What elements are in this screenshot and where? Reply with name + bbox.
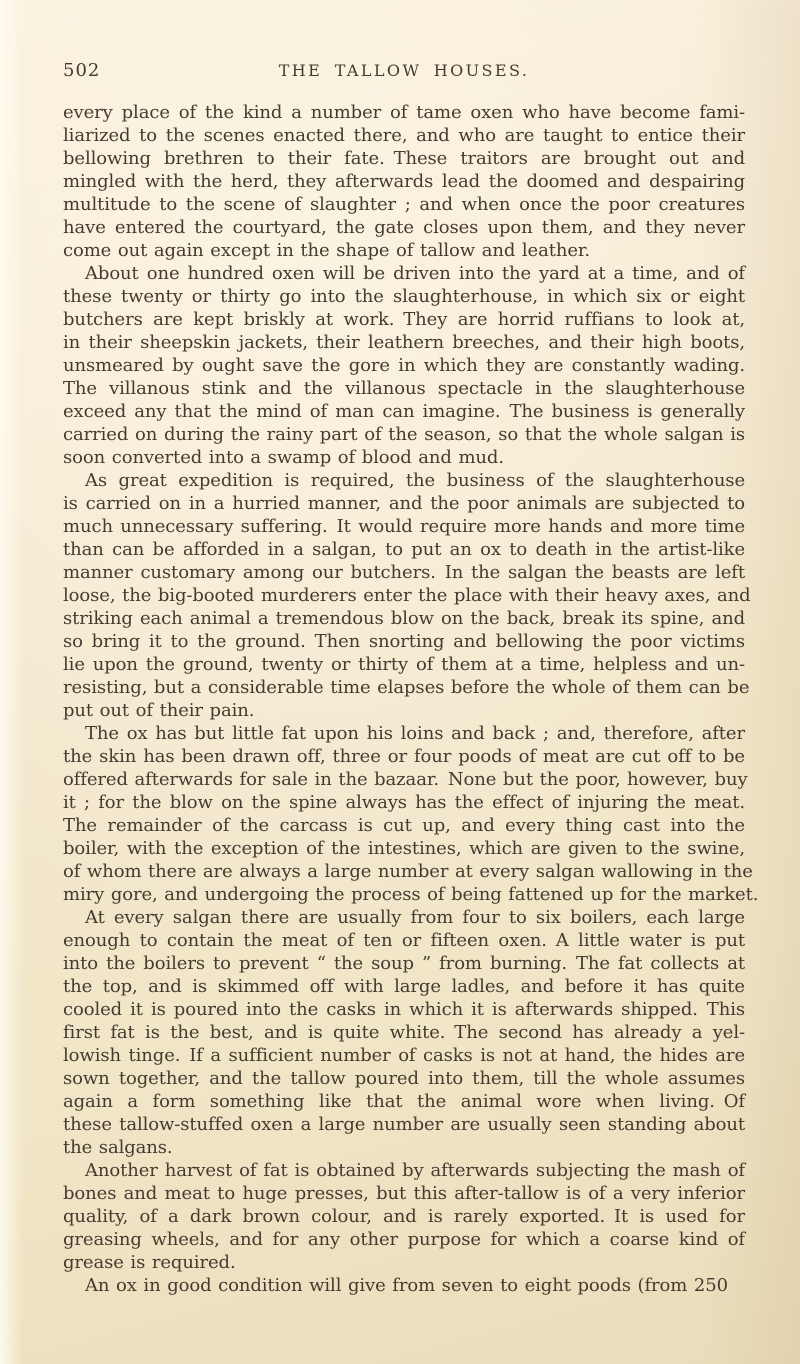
- text-line: resisting, but a considerable time elaps…: [63, 676, 745, 699]
- text-line: About one hundred oxen will be driven in…: [63, 262, 745, 285]
- text-line: multitude to the scene of slaughter ; an…: [63, 193, 745, 216]
- text-line: liarized to the scenes enacted there, an…: [63, 124, 745, 147]
- text-line: in their sheepskin jackets, their leathe…: [63, 331, 745, 354]
- text-line: greasing wheels, and for any other purpo…: [63, 1228, 745, 1251]
- text-line: carried on during the rainy part of the …: [63, 423, 745, 446]
- text-line: bellowing brethren to their fate. These …: [63, 147, 745, 170]
- text-line: the top, and is skimmed off with large l…: [63, 975, 745, 998]
- text-line: enough to contain the meat of ten or fif…: [63, 929, 745, 952]
- text-line: lie upon the ground, twenty or thirty of…: [63, 653, 745, 676]
- text-line: The remainder of the carcass is cut up, …: [63, 814, 745, 837]
- text-line: cooled it is poured into the casks in wh…: [63, 998, 745, 1021]
- book-page: 502 THE TALLOW HOUSES. every place of th…: [0, 0, 800, 1364]
- text-line: boiler, with the exception of the intest…: [63, 837, 745, 860]
- text-line: into the boilers to prevent “ the soup ”…: [63, 952, 745, 975]
- text-line: again a form something like that the ani…: [63, 1090, 745, 1113]
- text-line: The ox has but little fat upon his loins…: [63, 722, 745, 745]
- text-line: butchers are kept briskly at work. They …: [63, 308, 745, 331]
- text-line: At every salgan there are usually from f…: [63, 906, 745, 929]
- text-line: manner customary among our butchers. In …: [63, 561, 745, 584]
- text-line: have entered the courtyard, the gate clo…: [63, 216, 745, 239]
- text-line: of whom there are always a large number …: [63, 860, 745, 883]
- text-line: soon converted into a swamp of blood and…: [63, 446, 745, 469]
- paragraph: The ox has but little fat upon his loins…: [63, 722, 745, 906]
- text-block: every place of the kind a number of tame…: [63, 101, 745, 1297]
- text-line: offered afterwards for sale in the bazaa…: [63, 768, 745, 791]
- text-line: much unnecessary suffering. It would req…: [63, 515, 745, 538]
- text-line: the skin has been drawn off, three or fo…: [63, 745, 745, 768]
- text-line: sown together, and the tallow poured int…: [63, 1067, 745, 1090]
- paragraph: Another harvest of fat is obtained by af…: [63, 1159, 745, 1274]
- text-line: put out of their pain.: [63, 699, 745, 722]
- page-number: 502: [63, 59, 100, 83]
- text-line: every place of the kind a number of tame…: [63, 101, 745, 124]
- text-line: striking each animal a tremendous blow o…: [63, 607, 745, 630]
- text-line: it ; for the blow on the spine always ha…: [63, 791, 745, 814]
- text-line: these tallow-stuffed oxen a large number…: [63, 1113, 745, 1136]
- text-line: these twenty or thirty go into the slaug…: [63, 285, 745, 308]
- text-line: Another harvest of fat is obtained by af…: [63, 1159, 745, 1182]
- paragraph: About one hundred oxen will be driven in…: [63, 262, 745, 469]
- text-line: quality, of a dark brown colour, and is …: [63, 1205, 745, 1228]
- paragraph: every place of the kind a number of tame…: [63, 101, 745, 262]
- text-line: bones and meat to huge presses, but this…: [63, 1182, 745, 1205]
- paragraph: As great expedition is required, the bus…: [63, 469, 745, 722]
- running-title: THE TALLOW HOUSES.: [63, 59, 745, 83]
- text-line: An ox in good condition will give from s…: [63, 1274, 745, 1297]
- text-line: than can be afforded in a salgan, to put…: [63, 538, 745, 561]
- paragraph: At every salgan there are usually from f…: [63, 906, 745, 1159]
- text-line: loose, the big-booted murderers enter th…: [63, 584, 745, 607]
- text-line: lowish tinge. If a sufficient number of …: [63, 1044, 745, 1067]
- running-header: 502 THE TALLOW HOUSES.: [63, 59, 745, 85]
- text-line: the salgans.: [63, 1136, 745, 1159]
- text-line: come out again except in the shape of ta…: [63, 239, 745, 262]
- text-line: first fat is the best, and is quite whit…: [63, 1021, 745, 1044]
- text-line: miry gore, and undergoing the process of…: [63, 883, 745, 906]
- text-line: As great expedition is required, the bus…: [63, 469, 745, 492]
- text-line: is carried on in a hurried manner, and t…: [63, 492, 745, 515]
- text-line: mingled with the herd, they afterwards l…: [63, 170, 745, 193]
- text-line: grease is required.: [63, 1251, 745, 1274]
- paragraph: An ox in good condition will give from s…: [63, 1274, 745, 1297]
- text-line: The villanous stink and the villanous sp…: [63, 377, 745, 400]
- text-line: so bring it to the ground. Then snorting…: [63, 630, 745, 653]
- text-line: unsmeared by ought save the gore in whic…: [63, 354, 745, 377]
- text-line: exceed any that the mind of man can imag…: [63, 400, 745, 423]
